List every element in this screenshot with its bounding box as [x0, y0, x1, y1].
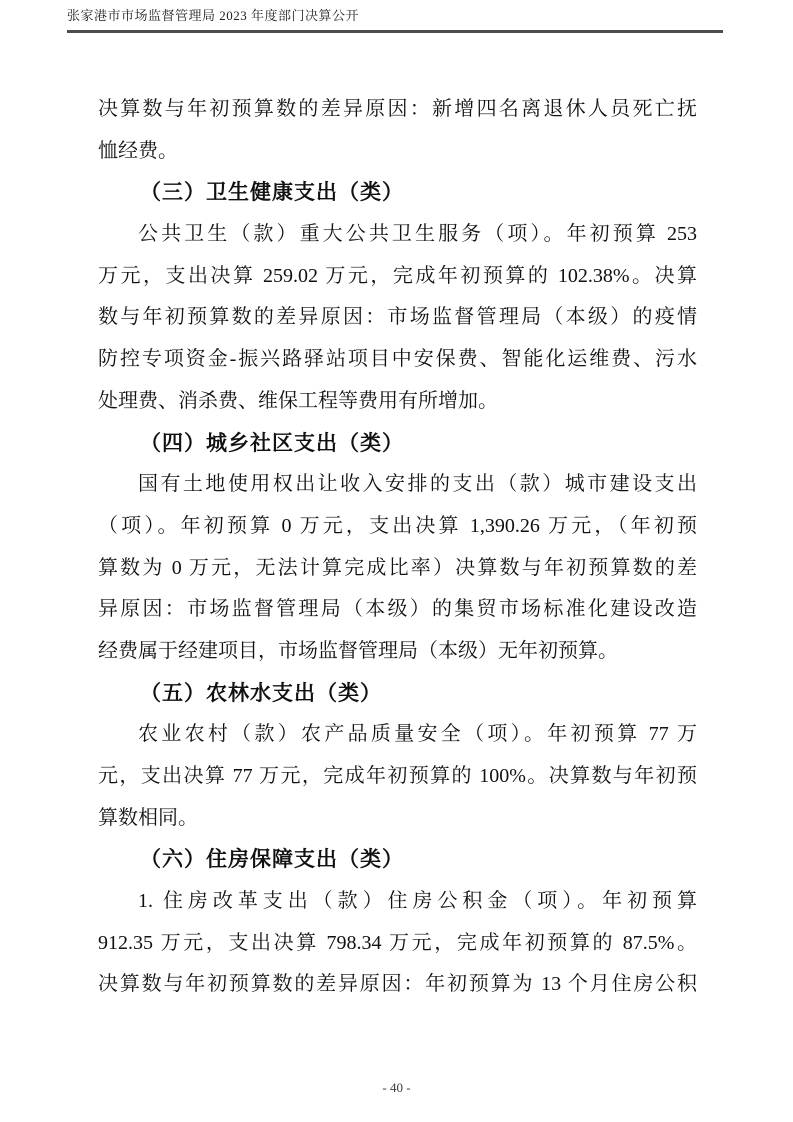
- body-text-line: 异原因：市场监督管理局（本级）的集贸市场标准化建设改造: [98, 589, 697, 631]
- body-text-line: 算数相同。: [98, 798, 697, 840]
- section-heading: （四）城乡社区支出（类）: [98, 423, 697, 465]
- body-text-line: 数与年初预算数的差异原因：市场监督管理局（本级）的疫情: [98, 297, 697, 339]
- body-text-line: 元，支出决算 77 万元，完成年初预算的 100%。决算数与年初预: [98, 756, 697, 798]
- page-footer: - 40 -: [0, 1080, 793, 1096]
- body-text-line: 恤经费。: [98, 131, 697, 173]
- body-text-line: 处理费、消杀费、维保工程等费用有所增加。: [98, 381, 697, 423]
- body-text-line: 决算数与年初预算数的差异原因：年初预算为 13 个月住房公积: [98, 964, 697, 1006]
- body-text-line: 国有土地使用权出让收入安排的支出（款）城市建设支出: [98, 464, 697, 506]
- document-body: 决算数与年初预算数的差异原因：新增四名离退休人员死亡抚恤经费。（三）卫生健康支出…: [98, 89, 697, 1006]
- body-text-line: （项）。年初预算 0 万元，支出决算 1,390.26 万元，（年初预: [98, 506, 697, 548]
- page-number: - 40 -: [382, 1080, 410, 1095]
- body-text-line: 公共卫生（款）重大公共卫生服务（项）。年初预算 253: [98, 214, 697, 256]
- body-text-line: 农业农村（款）农产品质量安全（项）。年初预算 77 万: [98, 714, 697, 756]
- body-text-line: 912.35 万元，支出决算 798.34 万元，完成年初预算的 87.5%。: [98, 923, 697, 965]
- page-header: 张家港市市场监督管理局 2023 年度部门决算公开: [67, 8, 723, 33]
- body-text-line: 防控专项资金-振兴路驿站项目中安保费、智能化运维费、污水: [98, 339, 697, 381]
- section-heading: （五）农林水支出（类）: [98, 673, 697, 715]
- header-rule: [67, 30, 723, 33]
- body-text-line: 算数为 0 万元，无法计算完成比率）决算数与年初预算数的差: [98, 548, 697, 590]
- body-text-line: 经费属于经建项目，市场监督管理局（本级）无年初预算。: [98, 631, 697, 673]
- section-heading: （六）住房保障支出（类）: [98, 839, 697, 881]
- body-text-line: 决算数与年初预算数的差异原因：新增四名离退休人员死亡抚: [98, 89, 697, 131]
- header-title: 张家港市市场监督管理局 2023 年度部门决算公开: [67, 8, 723, 24]
- section-heading: （三）卫生健康支出（类）: [98, 172, 697, 214]
- document-page: 张家港市市场监督管理局 2023 年度部门决算公开 决算数与年初预算数的差异原因…: [0, 0, 793, 1122]
- body-text-line: 1. 住房改革支出（款）住房公积金（项）。年初预算: [98, 881, 697, 923]
- body-text-line: 万元，支出决算 259.02 万元，完成年初预算的 102.38%。决算: [98, 256, 697, 298]
